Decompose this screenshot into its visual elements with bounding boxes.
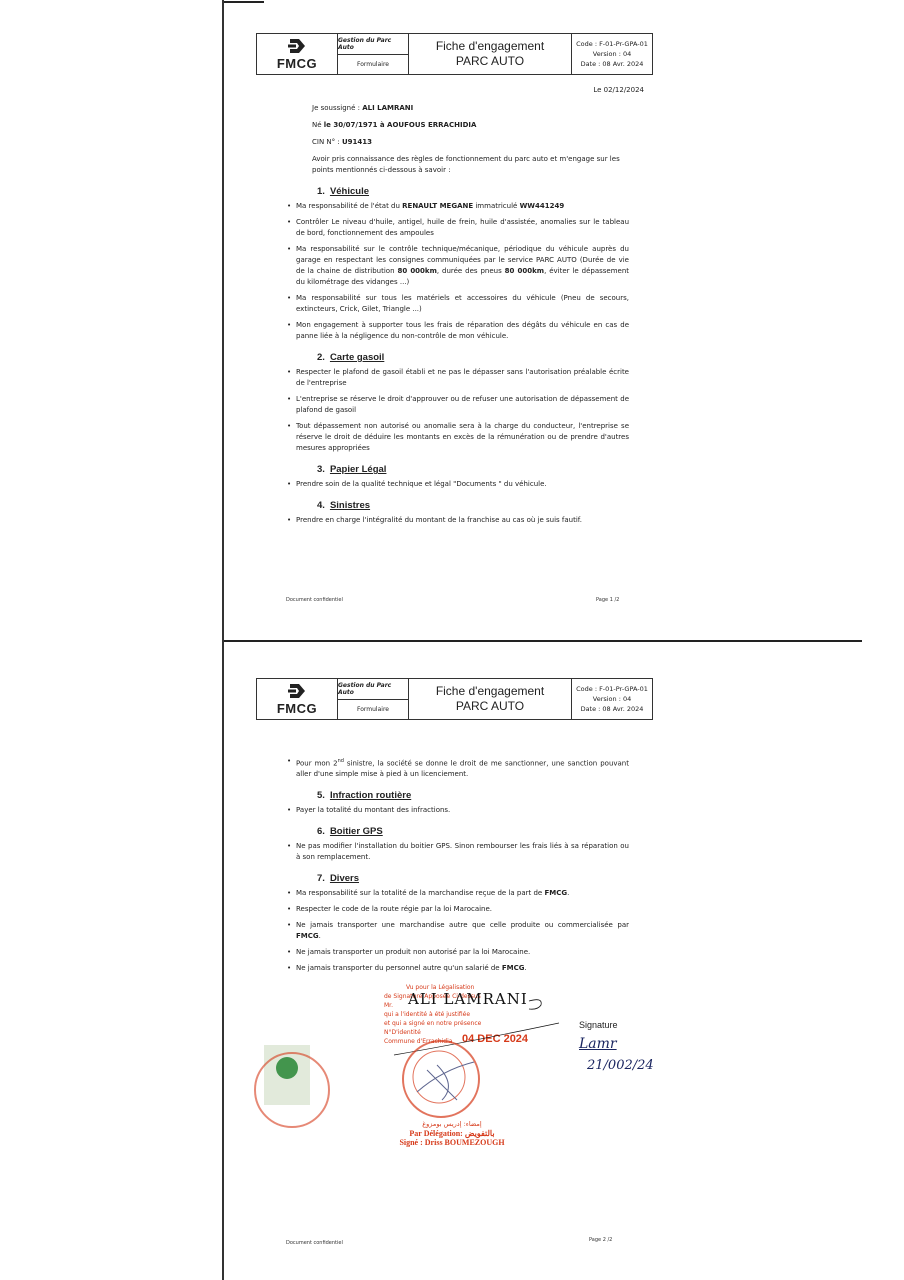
section-number: 4. bbox=[317, 500, 325, 511]
section-title: Sinistres bbox=[330, 500, 370, 511]
bullet-item: Ne pas modifier l'installation du boitie… bbox=[287, 841, 629, 863]
bullet-item: Ne jamais transporter du personnel autre… bbox=[287, 963, 629, 974]
page-1-body: Je soussigné : ALI LAMRANI Né le 30/07/1… bbox=[284, 103, 629, 531]
page-number: Page 1 /2 bbox=[596, 597, 619, 603]
page-number: Page 2 /2 bbox=[589, 1237, 612, 1243]
signature-date: 21/002/24 bbox=[587, 1058, 654, 1073]
doc-subtitle: PARC AUTO bbox=[456, 699, 524, 714]
signed-by-line: Signé : Driss BOUMEZOUGH bbox=[392, 1138, 512, 1147]
bullet-item: Contrôler Le niveau d'huile, antigel, hu… bbox=[287, 217, 629, 239]
document-header: FMCG Gestion du Parc Auto Formulaire Fic… bbox=[256, 678, 653, 720]
cin-number: U91413 bbox=[342, 138, 372, 146]
section-heading: 3.Papier Légal bbox=[317, 464, 629, 475]
continued-bullet: Pour mon 2nd sinistre, la société se don… bbox=[287, 756, 629, 780]
section-number: 1. bbox=[317, 186, 325, 197]
section-number: 7. bbox=[317, 873, 325, 884]
bullet-item: Ma responsabilité de l'état du RENAULT M… bbox=[287, 201, 629, 212]
bullet-item: Mon engagement à supporter tous les frai… bbox=[287, 320, 629, 342]
fmcg-logo: FMCG bbox=[257, 679, 338, 719]
doc-title: Fiche d'engagement bbox=[436, 39, 544, 54]
signing-date: Le 02/12/2024 bbox=[593, 86, 644, 94]
employee-signature-block: Signature Lamr 21/002/24 bbox=[579, 1020, 654, 1073]
section-heading: 6.Boitier GPS bbox=[317, 826, 629, 837]
bullet-item: Respecter le code de la route régie par … bbox=[287, 904, 629, 915]
section-heading: 5.Infraction routière bbox=[317, 790, 629, 801]
cin-line: CIN N° : U91413 bbox=[312, 137, 629, 148]
commune-seal-icon bbox=[254, 1052, 330, 1128]
arabic-signature-line: إمضاء: إدريس بومزوغ bbox=[392, 1120, 512, 1129]
undersigned-line: Je soussigné : ALI LAMRANI bbox=[312, 103, 629, 114]
doc-code: Code : F-01-Pr-GPA-01 bbox=[576, 39, 648, 49]
logo-text: FMCG bbox=[277, 56, 317, 71]
intro-paragraph: Avoir pris connaissance des règles de fo… bbox=[312, 154, 629, 176]
bullet-item: Ne jamais transporter un produit non aut… bbox=[287, 947, 629, 958]
bullet-item: Tout dépassement non autorisé ou anomali… bbox=[287, 421, 629, 454]
doc-subtitle: PARC AUTO bbox=[456, 54, 524, 69]
bullet-item: Ne jamais transporter une marchandise au… bbox=[287, 920, 629, 942]
delegation-block: إمضاء: إدريس بومزوغ Par Délégation: بالت… bbox=[392, 1120, 512, 1147]
section-heading: 4.Sinistres bbox=[317, 500, 629, 511]
page-2: FMCG Gestion du Parc Auto Formulaire Fic… bbox=[222, 640, 874, 1280]
bullet-item: Prendre soin de la qualité technique et … bbox=[287, 479, 629, 490]
fmcg-logo: FMCG bbox=[257, 34, 338, 74]
section-title: Véhicule bbox=[330, 186, 369, 197]
birth-info: le 30/07/1971 à AOUFOUS ERRACHIDIA bbox=[324, 121, 477, 129]
bullet-item: Ma responsabilité sur la totalité de la … bbox=[287, 888, 629, 899]
bullet-item: Ma responsabilité sur le contrôle techni… bbox=[287, 244, 629, 288]
doc-type-label: Formulaire bbox=[338, 699, 408, 720]
section-title: Divers bbox=[330, 873, 359, 884]
page-2-sections: 5.Infraction routièrePayer la totalité d… bbox=[284, 790, 629, 974]
department-label: Gestion du Parc Auto bbox=[338, 34, 408, 54]
page-1-sections: 1.VéhiculeMa responsabilité de l'état du… bbox=[284, 186, 629, 526]
section-number: 3. bbox=[317, 464, 325, 475]
section-number: 2. bbox=[317, 352, 325, 363]
section-heading: 7.Divers bbox=[317, 873, 629, 884]
signature-label: Signature bbox=[579, 1020, 654, 1030]
department-label: Gestion du Parc Auto bbox=[338, 679, 408, 699]
bullet-item: Ma responsabilité sur tous les matériels… bbox=[287, 293, 629, 315]
doc-date: Date : 08 Avr. 2024 bbox=[581, 59, 644, 69]
doc-code: Code : F-01-Pr-GPA-01 bbox=[576, 684, 648, 694]
section-title: Boitier GPS bbox=[330, 826, 383, 837]
section-heading: 2.Carte gasoil bbox=[317, 352, 629, 363]
bullet-item: Prendre en charge l'intégralité du monta… bbox=[287, 515, 629, 526]
arrow-logo-icon bbox=[288, 38, 306, 54]
bullet-item: Payer la totalité du montant des infract… bbox=[287, 805, 629, 816]
section-title: Infraction routière bbox=[330, 790, 411, 801]
doc-version: Version : 04 bbox=[593, 694, 632, 704]
page-1: FMCG Gestion du Parc Auto Formulaire Fic… bbox=[222, 0, 874, 640]
bullet-item: Respecter le plafond de gasoil établi et… bbox=[287, 367, 629, 389]
section-title: Papier Légal bbox=[330, 464, 387, 475]
section-number: 6. bbox=[317, 826, 325, 837]
doc-date: Date : 08 Avr. 2024 bbox=[581, 704, 644, 714]
document-header: FMCG Gestion du Parc Auto Formulaire Fic… bbox=[256, 33, 653, 75]
logo-text: FMCG bbox=[277, 701, 317, 716]
legalization-stamp: Vu pour la Légalisation de Signature App… bbox=[384, 983, 564, 1046]
section-heading: 1.Véhicule bbox=[317, 186, 629, 197]
birth-line: Né le 30/07/1971 à AOUFOUS ERRACHIDIA bbox=[312, 120, 629, 131]
bullet-item: L'entreprise se réserve le droit d'appro… bbox=[287, 394, 629, 416]
signature-scrawl: Lamr bbox=[579, 1036, 654, 1052]
doc-type-label: Formulaire bbox=[338, 54, 408, 75]
employee-name: ALI LAMRANI bbox=[362, 104, 413, 112]
section-title: Carte gasoil bbox=[330, 352, 384, 363]
municipal-seal-icon bbox=[402, 1040, 480, 1118]
doc-version: Version : 04 bbox=[593, 49, 632, 59]
doc-title: Fiche d'engagement bbox=[436, 684, 544, 699]
section-number: 5. bbox=[317, 790, 325, 801]
page-top-edge bbox=[224, 1, 264, 3]
arrow-logo-icon bbox=[288, 683, 306, 699]
page-break-line bbox=[224, 640, 862, 642]
delegation-line: Par Délégation: بالتفويض bbox=[392, 1129, 512, 1138]
confidential-footer: Document confidentiel bbox=[286, 597, 343, 603]
page-2-body: Pour mon 2nd sinistre, la société se don… bbox=[284, 756, 629, 979]
confidential-footer: Document confidentiel bbox=[286, 1240, 343, 1246]
